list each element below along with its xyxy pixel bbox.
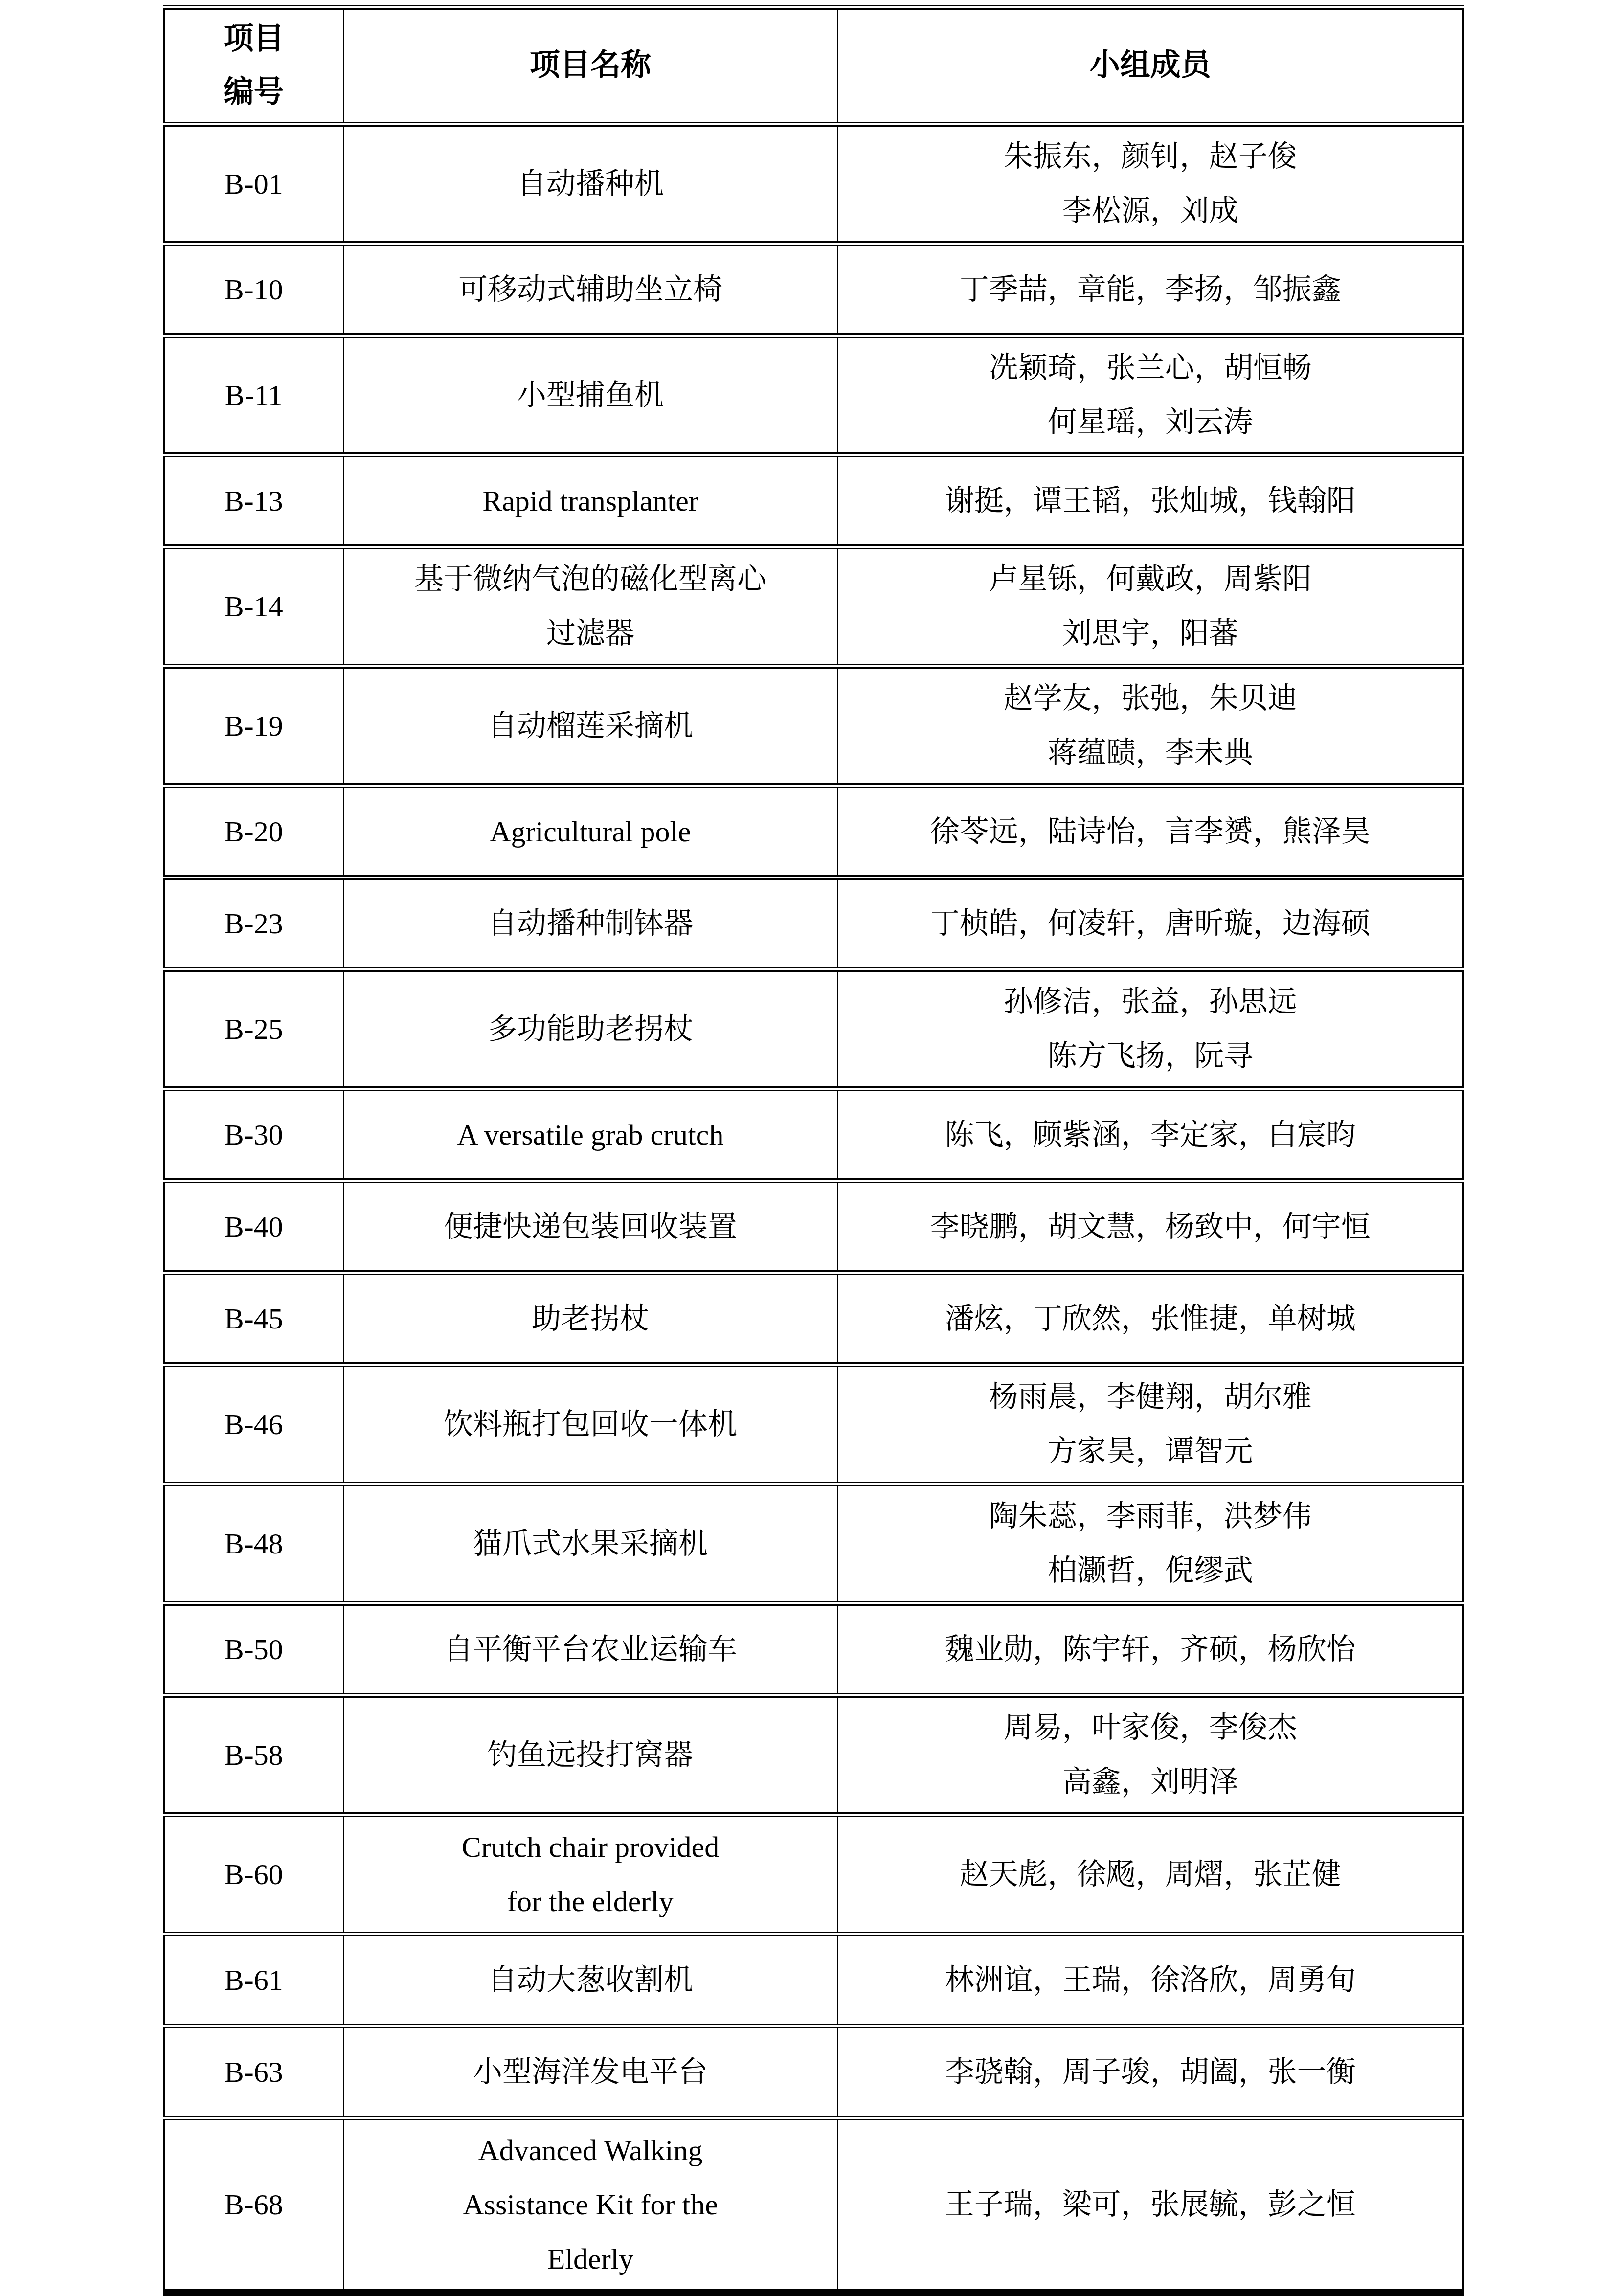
- table-row: B-19 自动榴莲采摘机 赵学友，张弛，朱贝迪 蒋蕴赜，李未典: [164, 666, 1463, 786]
- project-name-cell: Agricultural pole: [343, 786, 837, 878]
- project-members-cell: 赵学友，张弛，朱贝迪 蒋蕴赜，李未典: [837, 666, 1463, 786]
- table-row: B-11 小型捕鱼机 冼颖琦，张兰心，胡恒畅 何星瑶，刘云涛: [164, 336, 1463, 455]
- project-id-cell: B-58: [164, 1695, 343, 1815]
- project-id-cell: B-25: [164, 969, 343, 1089]
- table-row: B-30 A versatile grab crutch 陈飞，顾紫涵，李定家，…: [164, 1089, 1463, 1181]
- project-members-cell: 周易，叶家俊，李俊杰 高鑫，刘明泽: [837, 1695, 1463, 1815]
- project-members-cell: 孙修洁，张益，孙思远 陈方飞扬，阮寻: [837, 969, 1463, 1089]
- project-name-cell: Rapid transplanter: [343, 455, 837, 547]
- table-row: B-48 猫爪式水果采摘机 陶朱蕊，李雨菲，洪梦伟 柏灏哲，倪缪武: [164, 1484, 1463, 1603]
- project-id-cell: B-11: [164, 336, 343, 455]
- table-header: 项目 编号 项目名称 小组成员: [164, 7, 1463, 124]
- project-members-cell: 陈飞，顾紫涵，李定家，白宸昀: [837, 1089, 1463, 1181]
- project-name-cell: Crutch chair provided for the elderly: [343, 1815, 837, 1934]
- project-id-cell: B-61: [164, 1934, 343, 2026]
- project-name-cell: 自动榴莲采摘机: [343, 666, 837, 786]
- project-id-cell: B-23: [164, 878, 343, 969]
- project-name-cell: 小型捕鱼机: [343, 336, 837, 455]
- header-group-members: 小组成员: [837, 7, 1463, 124]
- project-members-cell: 杨雨晨，李健翔，胡尔雅 方家昊，谭智元: [837, 1365, 1463, 1484]
- project-name-cell: 便捷快递包装回收装置: [343, 1181, 837, 1273]
- project-members-cell: 谢挺，谭王韬，张灿城，钱翰阳: [837, 455, 1463, 547]
- project-members-cell: 魏业勋，陈宇轩，齐硕，杨欣怡: [837, 1603, 1463, 1695]
- project-id-cell: B-68: [164, 2118, 343, 2293]
- project-members-cell: 林洲谊，王瑞，徐洛欣，周勇旬: [837, 1934, 1463, 2026]
- project-members-cell: 赵天彪，徐飏，周熠，张芷健: [837, 1815, 1463, 1934]
- project-name-cell: 可移动式辅助坐立椅: [343, 244, 837, 336]
- project-members-cell: 冼颖琦，张兰心，胡恒畅 何星瑶，刘云涛: [837, 336, 1463, 455]
- table-row: B-46 饮料瓶打包回收一体机 杨雨晨，李健翔，胡尔雅 方家昊，谭智元: [164, 1365, 1463, 1484]
- project-id-cell: B-45: [164, 1273, 343, 1365]
- table-row: B-58 钓鱼远投打窝器 周易，叶家俊，李俊杰 高鑫，刘明泽: [164, 1695, 1463, 1815]
- project-name-cell: 多功能助老拐杖: [343, 969, 837, 1089]
- project-members-cell: 李骁翰，周子骏，胡阖，张一衡: [837, 2026, 1463, 2118]
- project-id-cell: B-40: [164, 1181, 343, 1273]
- project-name-cell: 自动大葱收割机: [343, 1934, 837, 2026]
- project-name-cell: 助老拐杖: [343, 1273, 837, 1365]
- table-row: B-45 助老拐杖 潘炫，丁欣然，张惟捷，单树城: [164, 1273, 1463, 1365]
- table-row: B-13 Rapid transplanter 谢挺，谭王韬，张灿城，钱翰阳: [164, 455, 1463, 547]
- project-name-cell: 小型海洋发电平台: [343, 2026, 837, 2118]
- header-project-name: 项目名称: [343, 7, 837, 124]
- project-id-cell: B-48: [164, 1484, 343, 1603]
- project-id-cell: B-30: [164, 1089, 343, 1181]
- project-members-cell: 陶朱蕊，李雨菲，洪梦伟 柏灏哲，倪缪武: [837, 1484, 1463, 1603]
- project-name-cell: 自动播种机: [343, 124, 837, 244]
- table-row: B-23 自动播种制钵器 丁桢皓，何凌轩，唐昕璇，边海硕: [164, 878, 1463, 969]
- project-id-cell: B-46: [164, 1365, 343, 1484]
- project-id-cell: B-20: [164, 786, 343, 878]
- project-members-cell: 丁桢皓，何凌轩，唐昕璇，边海硕: [837, 878, 1463, 969]
- table-row: B-61 自动大葱收割机 林洲谊，王瑞，徐洛欣，周勇旬: [164, 1934, 1463, 2026]
- header-project-id: 项目 编号: [164, 7, 343, 124]
- project-name-cell: 自动播种制钵器: [343, 878, 837, 969]
- project-id-cell: B-14: [164, 547, 343, 666]
- table-row: B-68 Advanced Walking Assistance Kit for…: [164, 2118, 1463, 2293]
- table-body: B-01 自动播种机 朱振东，颜钊，赵子俊 李松源，刘成 B-10 可移动式辅助…: [164, 124, 1463, 2293]
- project-name-cell: 自平衡平台农业运输车: [343, 1603, 837, 1695]
- project-id-cell: B-60: [164, 1815, 343, 1934]
- header-row: 项目 编号 项目名称 小组成员: [164, 7, 1463, 124]
- table-row: B-60 Crutch chair provided for the elder…: [164, 1815, 1463, 1934]
- project-members-cell: 李晓鹏，胡文慧，杨致中，何宇恒: [837, 1181, 1463, 1273]
- project-name-cell: A versatile grab crutch: [343, 1089, 837, 1181]
- project-id-cell: B-50: [164, 1603, 343, 1695]
- project-members-cell: 王子瑞，梁可，张展毓，彭之恒: [837, 2118, 1463, 2293]
- table-row: B-40 便捷快递包装回收装置 李晓鹏，胡文慧，杨致中，何宇恒: [164, 1181, 1463, 1273]
- table-row: B-50 自平衡平台农业运输车 魏业勋，陈宇轩，齐硕，杨欣怡: [164, 1603, 1463, 1695]
- project-id-cell: B-63: [164, 2026, 343, 2118]
- project-name-cell: 基于微纳气泡的磁化型离心 过滤器: [343, 547, 837, 666]
- project-id-cell: B-19: [164, 666, 343, 786]
- project-members-cell: 徐苓远，陆诗怡，言李赟，熊泽昊: [837, 786, 1463, 878]
- table-row: B-14 基于微纳气泡的磁化型离心 过滤器 卢星铄，何戴政，周紫阳 刘思宇，阳蕃: [164, 547, 1463, 666]
- project-members-cell: 朱振东，颜钊，赵子俊 李松源，刘成: [837, 124, 1463, 244]
- table-row: B-25 多功能助老拐杖 孙修洁，张益，孙思远 陈方飞扬，阮寻: [164, 969, 1463, 1089]
- table-row: B-01 自动播种机 朱振东，颜钊，赵子俊 李松源，刘成: [164, 124, 1463, 244]
- project-roster-table: 项目 编号 项目名称 小组成员 B-01 自动播种机 朱振东，颜钊，赵子俊 李松…: [163, 5, 1464, 2296]
- project-id-cell: B-10: [164, 244, 343, 336]
- project-members-cell: 丁季喆，章能，李扬，邹振鑫: [837, 244, 1463, 336]
- project-id-cell: B-01: [164, 124, 343, 244]
- project-name-cell: 饮料瓶打包回收一体机: [343, 1365, 837, 1484]
- project-name-cell: 猫爪式水果采摘机: [343, 1484, 837, 1603]
- document-page: { "table": { "headers": { "id": "项目\n编号"…: [0, 0, 1620, 2201]
- table-row: B-63 小型海洋发电平台 李骁翰，周子骏，胡阖，张一衡: [164, 2026, 1463, 2118]
- table-row: B-20 Agricultural pole 徐苓远，陆诗怡，言李赟，熊泽昊: [164, 786, 1463, 878]
- project-name-cell: Advanced Walking Assistance Kit for the …: [343, 2118, 837, 2293]
- project-members-cell: 潘炫，丁欣然，张惟捷，单树城: [837, 1273, 1463, 1365]
- table-row: B-10 可移动式辅助坐立椅 丁季喆，章能，李扬，邹振鑫: [164, 244, 1463, 336]
- project-id-cell: B-13: [164, 455, 343, 547]
- project-name-cell: 钓鱼远投打窝器: [343, 1695, 837, 1815]
- project-members-cell: 卢星铄，何戴政，周紫阳 刘思宇，阳蕃: [837, 547, 1463, 666]
